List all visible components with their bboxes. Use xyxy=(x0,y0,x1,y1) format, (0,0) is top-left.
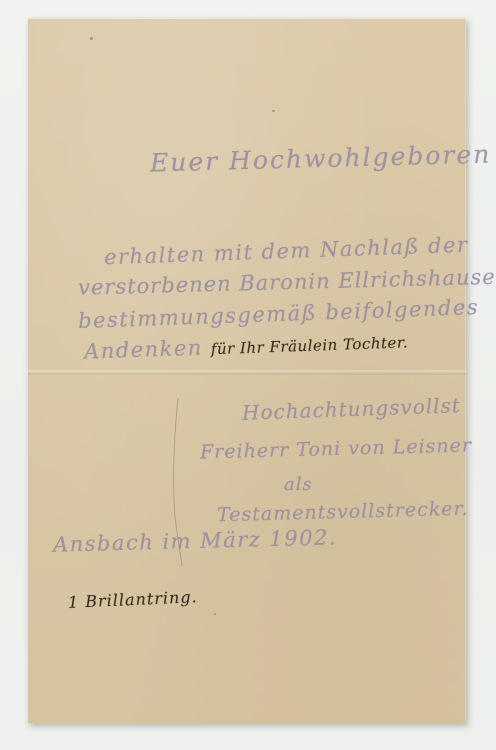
body-line-4: Andenkenfür Ihr Fräulein Tochter. xyxy=(84,328,409,363)
signature-connector: als xyxy=(284,474,313,495)
body-line-4-pencil-part: Andenken xyxy=(84,336,204,364)
salutation: Euer Hochwohlgeboren xyxy=(150,140,492,178)
body-line-2: verstorbenen Baronin Ellrichshausen xyxy=(78,264,496,299)
paper-speck xyxy=(214,613,216,615)
closing-phrase: Hochachtungsvollst xyxy=(242,393,462,425)
body-line-1: erhalten mit dem Nachlaß der xyxy=(104,233,469,270)
body-line-4-ink-part: für Ihr Fräulein Tochter. xyxy=(211,333,409,358)
paper-speck xyxy=(272,110,275,112)
postscript-item: 1 Brillantring. xyxy=(68,587,198,612)
fold-crease xyxy=(28,370,466,375)
scan-background: Euer Hochwohlgeboren erhalten mit dem Na… xyxy=(0,0,496,750)
paper-speck xyxy=(90,37,93,40)
letter-paper: Euer Hochwohlgeboren erhalten mit dem Na… xyxy=(28,18,466,723)
signature-name: Freiherr Toni von Leisner xyxy=(200,434,472,463)
body-line-3: bestimmungsgemäß beifolgendes xyxy=(78,295,480,333)
place-date-line: Ansbach im März 1902. xyxy=(53,525,338,556)
signature-role: Testamentsvollstrecker. xyxy=(217,498,469,527)
